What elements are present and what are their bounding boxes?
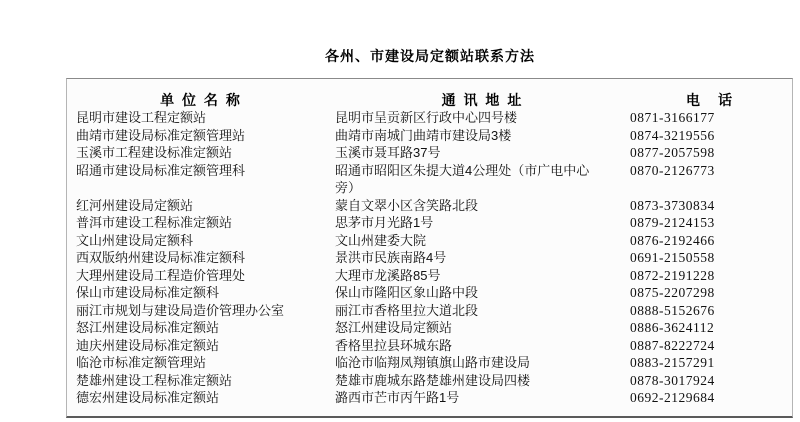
phone-cell: 0875-2207298	[630, 284, 790, 302]
header-phone: 电 话	[630, 90, 790, 109]
page-title: 各州、市建设局定额站联系方法	[67, 46, 793, 66]
unit-name-cell: 迪庆州建设局标准定额站	[67, 337, 335, 355]
phone-cell: 0879-2124153	[630, 214, 790, 232]
table-row: 临沧市标准定额管理站 临沧市临翔凤翔镇旗山路市建设局 0883-2157291	[67, 354, 792, 372]
table-row: 迪庆州建设局标准定额站 香格里拉县环城东路 0887-8222724	[67, 337, 792, 355]
phone-cell: 0692-2129684	[630, 389, 790, 407]
table-row: 西双版纳州建设局标准定额科 景洪市民族南路4号 0691-2150558	[67, 249, 792, 267]
unit-name-cell: 德宏州建设局标准定额站	[67, 389, 335, 407]
table-row: 丽江市规划与建设局造价管理办公室 丽江市香格里拉大道北段 0888-515267…	[67, 302, 792, 320]
unit-name-cell: 丽江市规划与建设局造价管理办公室	[67, 302, 335, 320]
phone-cell: 0878-3017924	[630, 372, 790, 390]
address-cell: 景洪市民族南路4号	[335, 249, 630, 267]
table-row: 怒江州建设局标准定额站 怒江州建设局定额站 0886-3624112	[67, 319, 792, 337]
address-cell: 大理市龙溪路85号	[335, 267, 630, 285]
address-cell: 思茅市月光路1号	[335, 214, 630, 232]
phone-cell: 0887-8222724	[630, 337, 790, 355]
unit-name-cell: 普洱市建设工程标准定额站	[67, 214, 335, 232]
phone-cell: 0886-3624112	[630, 319, 790, 337]
table-row: 大理州建设局工程造价管理处 大理市龙溪路85号 0872-2191228	[67, 267, 792, 285]
address-cell: 临沧市临翔凤翔镇旗山路市建设局	[335, 354, 630, 372]
unit-name-cell: 西双版纳州建设局标准定额科	[67, 249, 335, 267]
table-header-row: 单 位 名 称 通 讯 地 址 电 话	[67, 79, 792, 109]
phone-cell: 0691-2150558	[630, 249, 790, 267]
table-row: 红河州建设局定额站 蒙自文翠小区含笑路北段 0873-3730834	[67, 197, 792, 215]
unit-name-cell: 昆明市建设工程定额站	[67, 109, 335, 127]
address-cell: 曲靖市南城门曲靖市建设局3楼	[335, 127, 630, 145]
table-row: 玉溪市工程建设标准定额站 玉溪市聂耳路37号 0877-2057598	[67, 144, 792, 162]
phone-cell: 0883-2157291	[630, 354, 790, 372]
table-row: 昆明市建设工程定额站 昆明市呈贡新区行政中心四号楼 0871-3166177	[67, 109, 792, 127]
phone-cell: 0870-2126773	[630, 162, 790, 180]
table-row: 文山州建设局定额科 文山州建委大院 0876-2192466	[67, 232, 792, 250]
header-address: 通 讯 地 址	[335, 90, 630, 109]
unit-name-cell: 怒江州建设局标准定额站	[67, 319, 335, 337]
phone-cell: 0873-3730834	[630, 197, 790, 215]
header-unit-name: 单 位 名 称	[67, 90, 335, 109]
address-cell: 丽江市香格里拉大道北段	[335, 302, 630, 320]
phone-cell: 0874-3219556	[630, 127, 790, 145]
table-row: 普洱市建设工程标准定额站 思茅市月光路1号 0879-2124153	[67, 214, 792, 232]
unit-name-cell: 楚雄州建设工程标准定额站	[67, 372, 335, 390]
unit-name-cell: 昭通市建设局标准定额管理科	[67, 162, 335, 180]
phone-cell: 0877-2057598	[630, 144, 790, 162]
address-cell: 怒江州建设局定额站	[335, 319, 630, 337]
table-row: 保山市建设局标准定额科 保山市隆阳区象山路中段 0875-2207298	[67, 284, 792, 302]
unit-name-cell: 玉溪市工程建设标准定额站	[67, 144, 335, 162]
phone-cell: 0871-3166177	[630, 109, 790, 127]
address-cell: 蒙自文翠小区含笑路北段	[335, 197, 630, 215]
address-cell: 香格里拉县环城东路	[335, 337, 630, 355]
phone-cell: 0888-5152676	[630, 302, 790, 320]
unit-name-cell: 临沧市标准定额管理站	[67, 354, 335, 372]
address-cell: 昭通市昭阳区朱提大道4公理处（市广电中心旁）	[335, 162, 630, 197]
address-cell: 玉溪市聂耳路37号	[335, 144, 630, 162]
address-cell: 文山州建委大院	[335, 232, 630, 250]
phone-cell: 0876-2192466	[630, 232, 790, 250]
unit-name-cell: 保山市建设局标准定额科	[67, 284, 335, 302]
address-cell: 潞西市芒市丙午路1号	[335, 389, 630, 407]
address-cell: 昆明市呈贡新区行政中心四号楼	[335, 109, 630, 127]
table-row: 昭通市建设局标准定额管理科 昭通市昭阳区朱提大道4公理处（市广电中心旁） 087…	[67, 162, 792, 197]
contact-table: 单 位 名 称 通 讯 地 址 电 话 昆明市建设工程定额站 昆明市呈贡新区行政…	[66, 78, 793, 418]
unit-name-cell: 曲靖市建设局标准定额管理站	[67, 127, 335, 145]
unit-name-cell: 红河州建设局定额站	[67, 197, 335, 215]
address-cell: 楚雄市鹿城东路楚雄州建设局四楼	[335, 372, 630, 390]
unit-name-cell: 大理州建设局工程造价管理处	[67, 267, 335, 285]
unit-name-cell: 文山州建设局定额科	[67, 232, 335, 250]
table-row: 德宏州建设局标准定额站 潞西市芒市丙午路1号 0692-2129684	[67, 389, 792, 407]
table-row: 楚雄州建设工程标准定额站 楚雄市鹿城东路楚雄州建设局四楼 0878-301792…	[67, 372, 792, 390]
phone-cell: 0872-2191228	[630, 267, 790, 285]
address-cell: 保山市隆阳区象山路中段	[335, 284, 630, 302]
table-body: 昆明市建设工程定额站 昆明市呈贡新区行政中心四号楼 0871-3166177 曲…	[67, 109, 792, 407]
table-row: 曲靖市建设局标准定额管理站 曲靖市南城门曲靖市建设局3楼 0874-321955…	[67, 127, 792, 145]
